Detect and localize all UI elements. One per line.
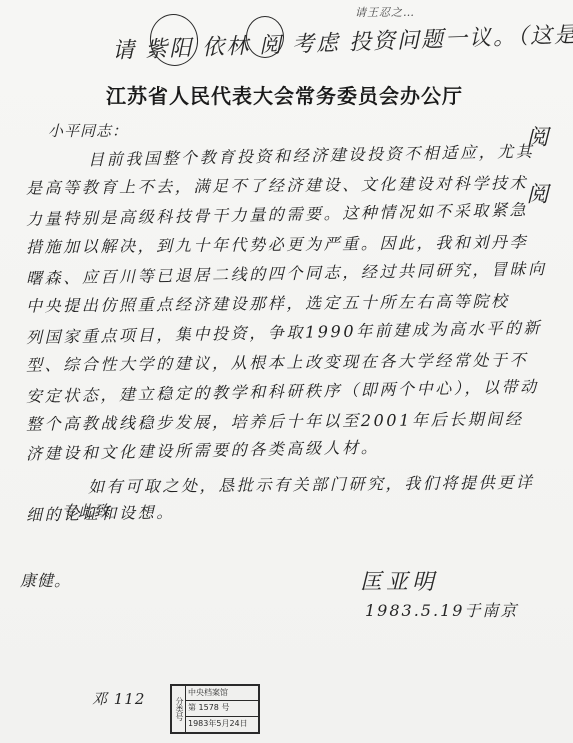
body-line: 目前我国整个教育投资和经济建设投资不相适应，尤其 xyxy=(88,139,535,171)
letterhead: 江苏省人民代表大会常务委员会办公厅 xyxy=(106,80,463,109)
date: 1983.5.19于南京 xyxy=(365,598,518,621)
salutation: 小平同志： xyxy=(48,120,128,141)
body-line: 安定状态，建立稳定的教学和科研秩序（即两个中心），以带动 xyxy=(26,374,539,407)
body-line: 如有可取之处，恳批示有关部门研究，我们将提供更详 xyxy=(88,469,535,497)
body-line: 曙森、应百川等已退居二线的四个同志，经过共同研究，冒昧向 xyxy=(26,256,547,289)
stamp-row-number: 第 1578 号 xyxy=(186,701,258,716)
top-small-note: 请王忍之… xyxy=(355,4,415,20)
body-line: 整个高教战线稳步发展，培养后十年以至2001年后长期间经 xyxy=(26,406,524,434)
body-line: 力量特别是高级科技骨干力量的需要。这种情况如不采取紧急 xyxy=(26,197,529,230)
document-page: 请王忍之… 请 紫阳 依林 阅 考虑 投资问题一议。（这是一个很重要的问题） 江… xyxy=(0,0,573,743)
body-line: 措施加以解决，到九十年代势必更为严重。因此，我和刘丹李 xyxy=(26,229,528,257)
closing-greeting: 康健。 xyxy=(20,568,71,591)
body-line: 列国家重点项目，集中投资，争取1990年前建成为高水平的新 xyxy=(26,315,542,348)
side-margin-note: 阅 阅 xyxy=(520,125,551,218)
stamp-row-archive: 中央档案馆 xyxy=(186,686,258,701)
body-line: 是高等教育上不去，满足不了经济建设、文化建设对科学技术 xyxy=(26,170,528,198)
body-line: 型、综合性大学的建议，从根本上改变现在各大学经常处于不 xyxy=(26,347,528,375)
body-line: 济建设和文化建设所需要的各类高级人材。 xyxy=(26,435,380,465)
closing-line: 专此致 xyxy=(62,500,110,521)
stamp-row-date: 1983年5月24日 xyxy=(186,717,258,732)
archive-stamp: 分类号 中央档案馆 第 1578 号 1983年5月24日 xyxy=(170,684,260,734)
signature: 匡亚明 xyxy=(360,565,438,596)
body-line: 中央提出仿照重点经济建设那样，选定五十所左右高等院校 xyxy=(26,288,510,316)
stamp-side-label: 分类号 xyxy=(172,686,186,732)
archive-number: 邓 112 xyxy=(92,688,145,709)
